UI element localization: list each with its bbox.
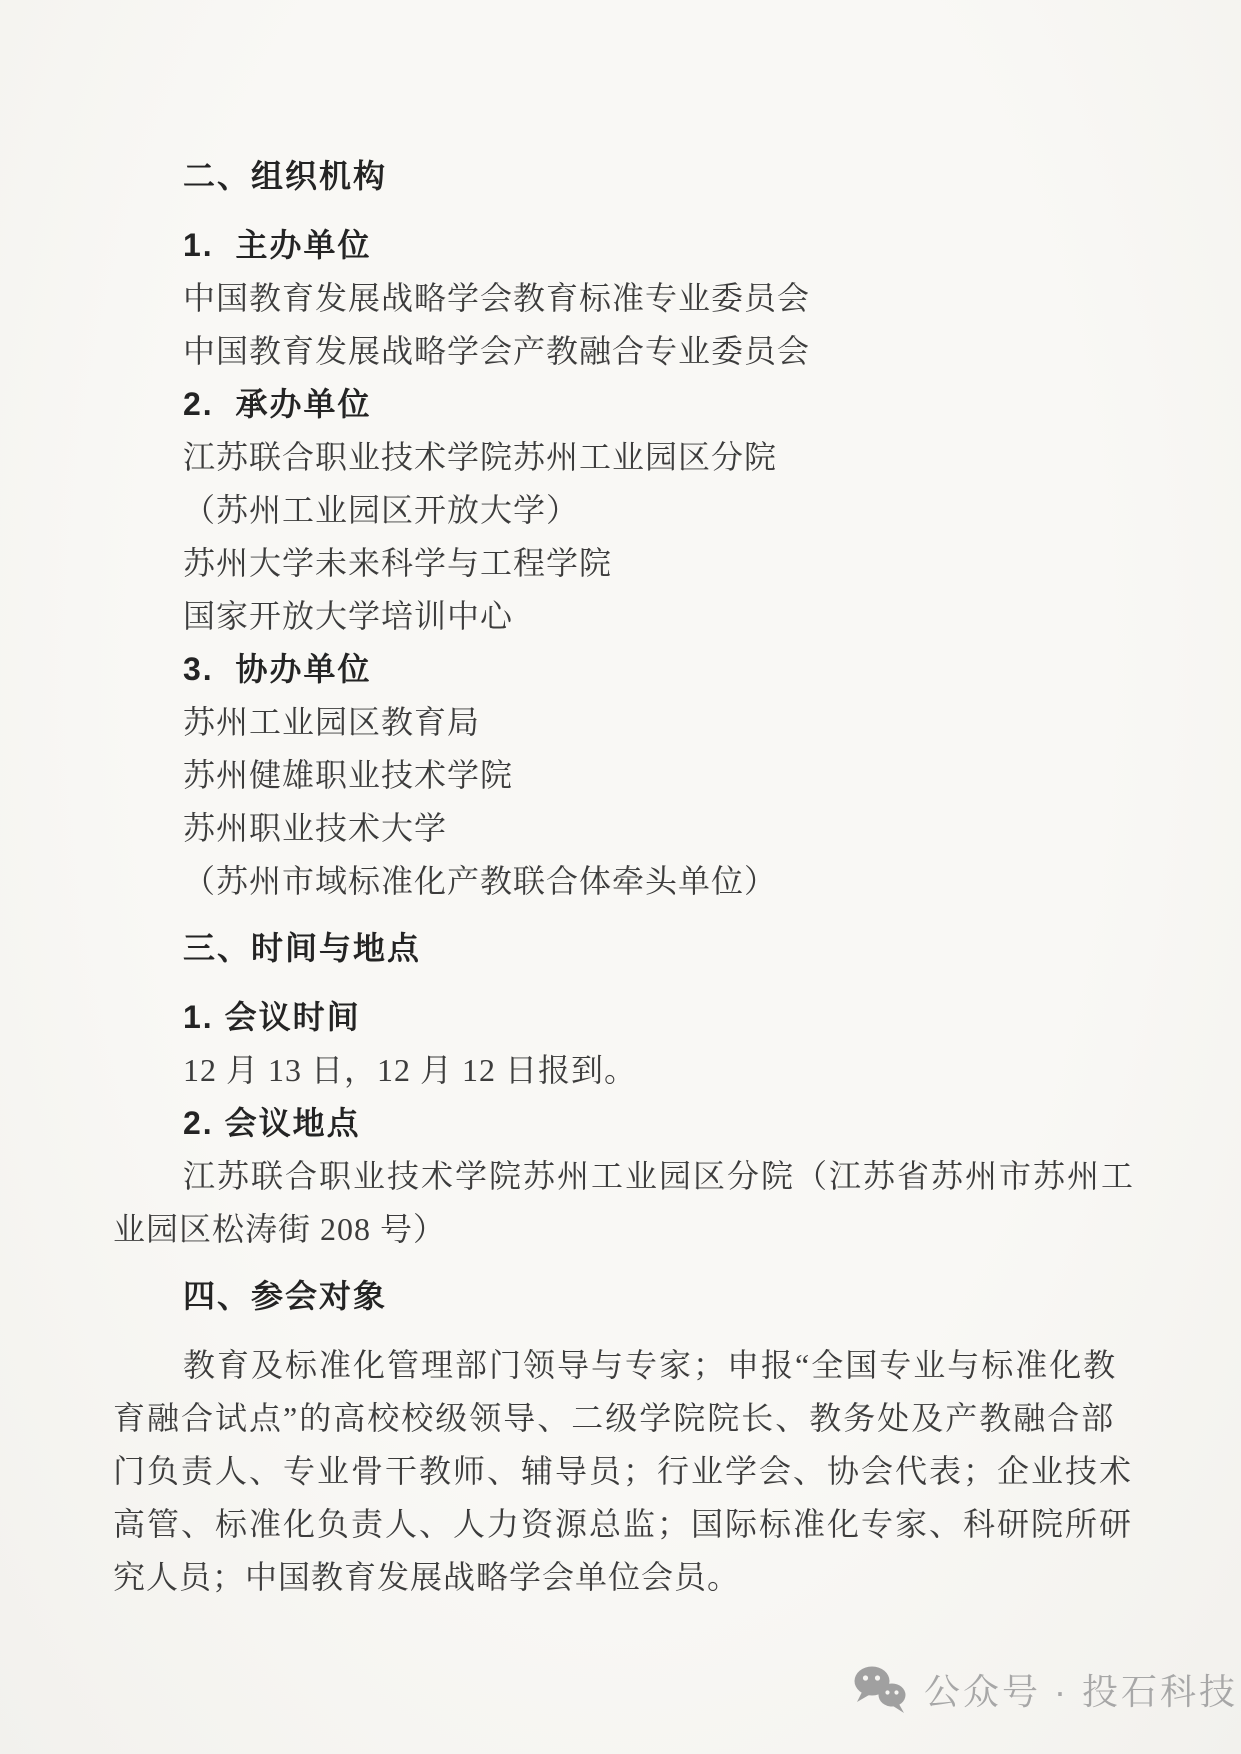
line-coorganizer-unit-2: 苏州健雄职业技术学院: [183, 749, 1137, 802]
line-meeting-place-1: 江苏联合职业技术学院苏州工业园区分院（江苏省苏州市苏州工: [183, 1150, 1137, 1203]
subheading-meeting-time: 1. 会议时间: [183, 991, 1137, 1044]
watermark-label: 公众号 · 投石科技: [924, 1664, 1238, 1715]
line-organizer-unit-1: 江苏联合职业技术学院苏州工业园区分院: [183, 431, 1137, 484]
line-participants-5: 究人员；中国教育发展战略学会单位会员。: [113, 1551, 1137, 1604]
line-participants-1: 教育及标准化管理部门领导与专家；申报“全国专业与标准化教: [183, 1339, 1137, 1392]
line-meeting-time: 12 月 13 日，12 月 12 日报到。: [183, 1044, 1137, 1097]
section-heading-organization: 二、组织机构: [183, 150, 1137, 203]
subheading-meeting-place: 2. 会议地点: [183, 1097, 1137, 1150]
line-meeting-place-2: 业园区松涛街 208 号）: [113, 1203, 1137, 1256]
section-heading-participants: 四、参会对象: [183, 1270, 1137, 1323]
line-organizer-unit-1-note: （苏州工业园区开放大学）: [183, 484, 1137, 537]
line-coorganizer-unit-1: 苏州工业园区教育局: [183, 696, 1137, 749]
line-host-unit-1: 中国教育发展战略学会教育标准专业委员会: [183, 272, 1137, 325]
subheading-host-units: 1. 主办单位: [183, 219, 1137, 272]
wechat-icon: [852, 1665, 910, 1715]
subheading-coorganizer-units: 3. 协办单位: [183, 643, 1137, 696]
line-coorganizer-unit-3: 苏州职业技术大学: [183, 802, 1137, 855]
line-participants-3: 门负责人、专业骨干教师、辅导员；行业学会、协会代表；企业技术: [113, 1445, 1137, 1498]
watermark: 公众号 · 投石科技: [852, 1664, 1238, 1715]
line-organizer-unit-2: 苏州大学未来科学与工程学院: [183, 537, 1137, 590]
line-host-unit-2: 中国教育发展战略学会产教融合专业委员会: [183, 325, 1137, 378]
line-participants-4: 高管、标准化负责人、人力资源总监；国际标准化专家、科研院所研: [113, 1498, 1137, 1551]
line-organizer-unit-3: 国家开放大学培训中心: [183, 590, 1137, 643]
line-participants-2: 育融合试点”的高校校级领导、二级学院院长、教务处及产教融合部: [113, 1392, 1137, 1445]
line-coorganizer-note: （苏州市域标准化产教联合体牵头单位）: [183, 855, 1137, 908]
document-page: 二、组织机构 1. 主办单位 中国教育发展战略学会教育标准专业委员会 中国教育发…: [0, 0, 1241, 1754]
subheading-organizer-units: 2. 承办单位: [183, 378, 1137, 431]
section-heading-time-place: 三、时间与地点: [183, 922, 1137, 975]
